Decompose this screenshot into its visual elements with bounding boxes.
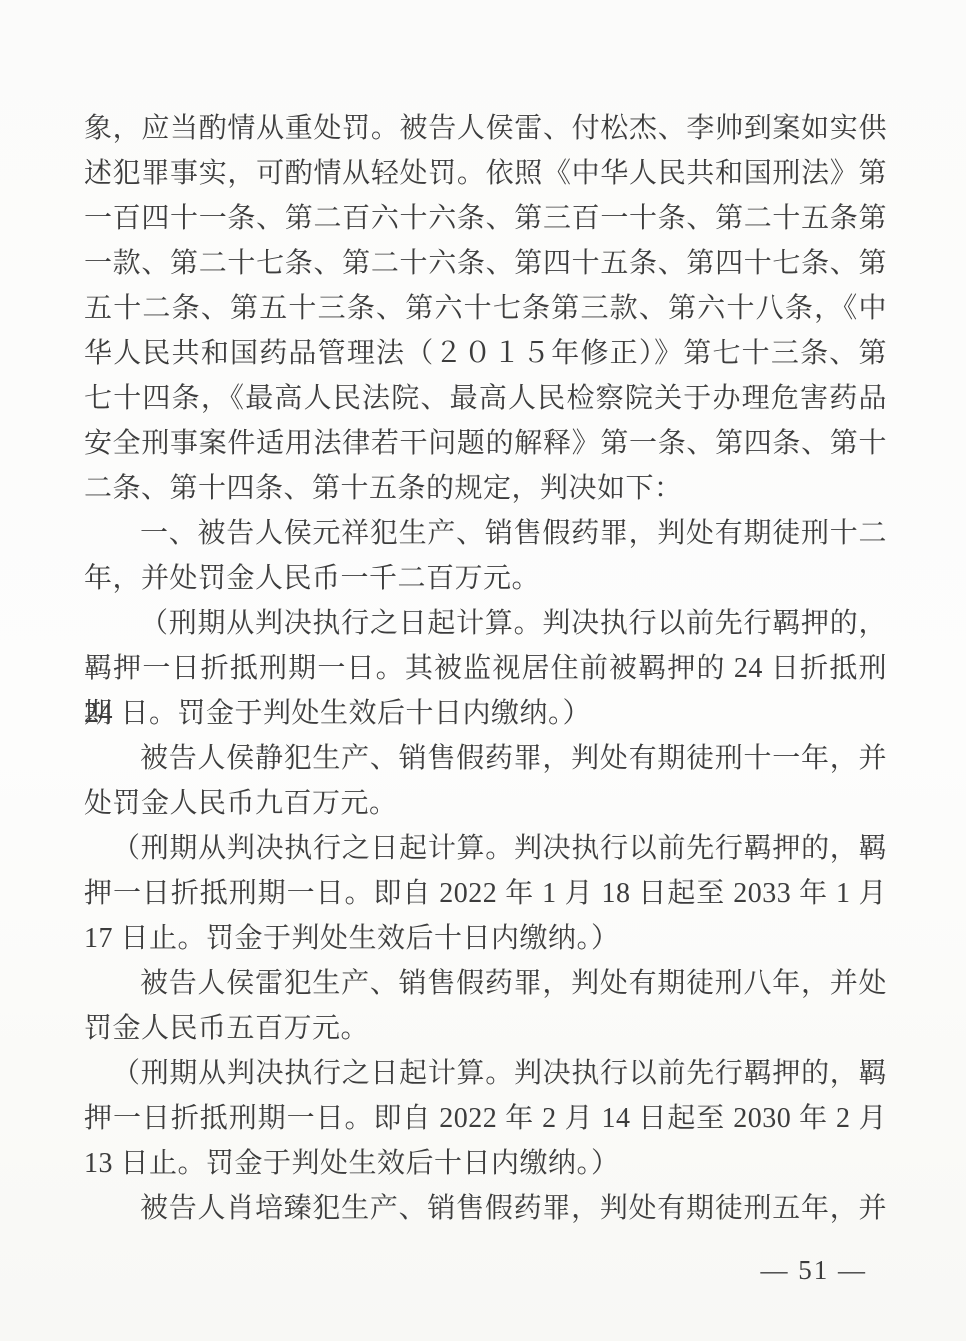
- text-line: 安全刑事案件适用法律若干问题的解释》第一条、第四条、第十: [84, 421, 887, 466]
- document-page: 象，应当酌情从重处罚。被告人侯雷、付松杰、李帅到案如实供述犯罪事实，可酌情从轻处…: [0, 0, 966, 1341]
- text-line: 24 日。罚金于判处生效后十日内缴纳。）: [84, 691, 887, 736]
- text-line: （刑期从判决执行之日起计算。判决执行以前先行羁押的，羁: [84, 826, 887, 871]
- text-line: 被告人肖培臻犯生产、销售假药罪，判处有期徒刑五年，并: [84, 1186, 887, 1231]
- text-line: 华人民共和国药品管理法（２０１５年修正）》第七十三条、第: [84, 331, 887, 376]
- text-line: 13 日止。罚金于判处生效后十日内缴纳。）: [84, 1141, 887, 1186]
- text-line: 象，应当酌情从重处罚。被告人侯雷、付松杰、李帅到案如实供: [84, 106, 887, 151]
- text-line: 押一日折抵刑期一日。即自 2022 年 1 月 18 日起至 2033 年 1 …: [84, 871, 887, 916]
- text-block: 象，应当酌情从重处罚。被告人侯雷、付松杰、李帅到案如实供述犯罪事实，可酌情从轻处…: [84, 106, 887, 1231]
- text-line: 七十四条，《最高人民法院、最高人民检察院关于办理危害药品: [84, 376, 887, 421]
- text-line: 17 日止。罚金于判处生效后十日内缴纳。）: [84, 916, 887, 961]
- text-line: 处罚金人民币九百万元。: [84, 781, 887, 826]
- text-line: 押一日折抵刑期一日。即自 2022 年 2 月 14 日起至 2030 年 2 …: [84, 1096, 887, 1141]
- text-line: （刑期从判决执行之日起计算。判决执行以前先行羁押的，羁: [84, 1051, 887, 1096]
- text-line: 罚金人民币五百万元。: [84, 1006, 887, 1051]
- text-line: 被告人侯静犯生产、销售假药罪，判处有期徒刑十一年，并: [84, 736, 887, 781]
- text-line: 羁押一日折抵刑期一日。其被监视居住前被羁押的 24 日折抵刑期: [84, 646, 887, 691]
- text-line: 二条、第十四条、第十五条的规定，判决如下：: [84, 466, 887, 511]
- text-line: 五十二条、第五十三条、第六十七条第三款、第六十八条，《中: [84, 286, 887, 331]
- text-line: 被告人侯雷犯生产、销售假药罪，判处有期徒刑八年，并处: [84, 961, 887, 1006]
- text-line: （刑期从判决执行之日起计算。判决执行以前先行羁押的，: [84, 601, 887, 646]
- text-line: 述犯罪事实，可酌情从轻处罚。依照《中华人民共和国刑法》第: [84, 151, 887, 196]
- text-line: 年，并处罚金人民币一千二百万元。: [84, 556, 887, 601]
- text-line: 一款、第二十七条、第二十六条、第四十五条、第四十七条、第: [84, 241, 887, 286]
- text-line: 一百四十一条、第二百六十六条、第三百一十条、第二十五条第: [84, 196, 887, 241]
- page-number: — 51 —: [761, 1250, 868, 1290]
- text-line: 一、被告人侯元祥犯生产、销售假药罪，判处有期徒刑十二: [84, 511, 887, 556]
